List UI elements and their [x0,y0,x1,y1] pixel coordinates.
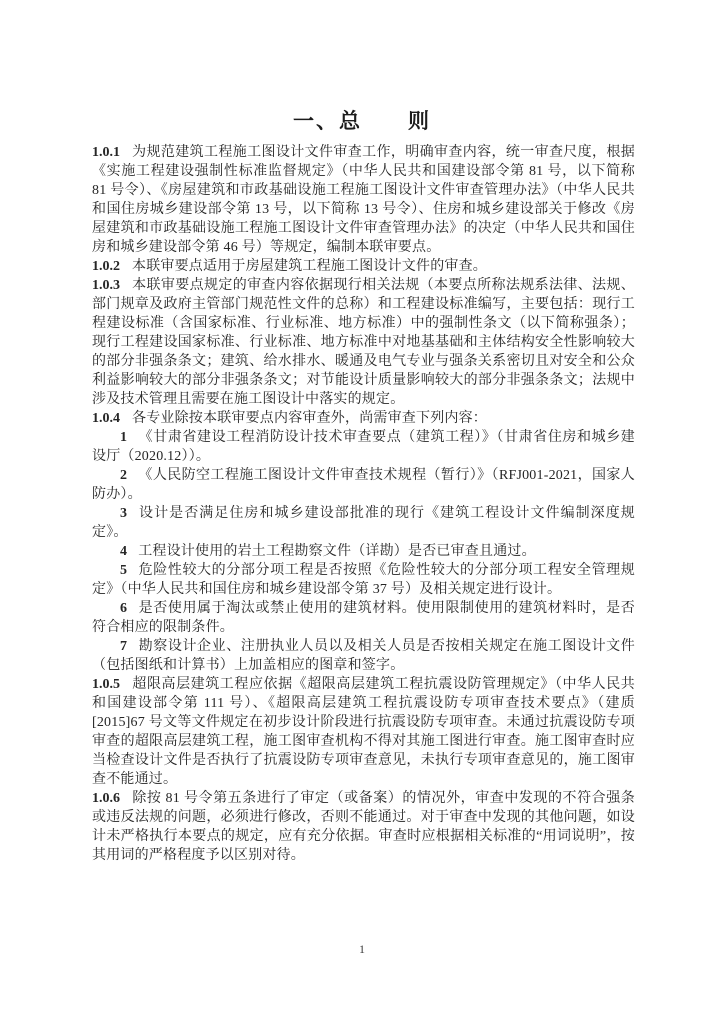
clause-1-0-4-item-7: 7勘察设计企业、注册执业人员以及相关人员是否按相关规定在施工图设计文件（包括图纸… [92,637,635,675]
clause-number: 1.0.5 [92,677,120,692]
item-number: 5 [120,563,127,578]
clause-text: 除按 81 号令第五条进行了审定（或备案）的情况外，审查中发现的不符合强条或违反… [92,791,635,863]
item-number: 1 [120,430,127,445]
clause-1-0-4-item-5: 5危险性较大的分部分项工程是否按照《危险性较大的分部分项工程安全管理规定》（中华… [92,561,635,599]
item-number: 7 [120,639,127,654]
clause-1-0-6: 1.0.6除按 81 号令第五条进行了审定（或备案）的情况外，审查中发现的不符合… [92,789,635,865]
clause-text: 各专业除按本联审要点内容审查外，尚需审查下列内容： [132,411,487,426]
clause-text: 本联审要点规定的审查内容依据现行相关法规（本要点所称法规系法律、法规、部门规章及… [92,278,635,407]
clause-1-0-3: 1.0.3本联审要点规定的审查内容依据现行相关法规（本要点所称法规系法律、法规、… [92,276,635,409]
clause-1-0-4-item-1: 1《甘肃省建设工程消防设计技术审查要点（建筑工程）》（甘肃省住房和城乡建设厅（2… [92,428,635,466]
clause-text: 超限高层建筑工程应依据《超限高层建筑工程抗震设防管理规定》（中华人民共和国建设部… [92,677,635,787]
item-number: 6 [120,601,127,616]
clause-1-0-1: 1.0.1为规范建筑工程施工图设计文件审查工作，明确审查内容，统一审查尺度，根据… [92,143,635,257]
clause-1-0-2: 1.0.2本联审要点适用于房屋建筑工程施工图设计文件的审查。 [92,257,635,276]
item-number: 2 [120,468,127,483]
clause-number: 1.0.2 [92,259,120,274]
item-text: 设计是否满足住房和城乡建设部批准的现行《建筑工程设计文件编制深度规定》。 [92,506,635,540]
clause-1-0-4: 1.0.4各专业除按本联审要点内容审查外，尚需审查下列内容： [92,409,635,428]
clause-1-0-4-item-4: 4工程设计使用的岩土工程勘察文件（详勘）是否已审查且通过。 [92,542,635,561]
clause-text: 本联审要点适用于房屋建筑工程施工图设计文件的审查。 [132,259,487,274]
item-text: 危险性较大的分部分项工程是否按照《危险性较大的分部分项工程安全管理规定》（中华人… [92,563,635,597]
document-page: 一、总 则 1.0.1为规范建筑工程施工图设计文件审查工作，明确审查内容，统一审… [0,0,724,1024]
page-number: 1 [359,942,365,956]
clause-number: 1.0.6 [92,791,120,806]
clause-number: 1.0.4 [92,411,120,426]
clause-text: 为规范建筑工程施工图设计文件审查工作，明确审查内容，统一审查尺度，根据《实施工程… [92,145,635,255]
page-footer: 1 [0,942,724,957]
item-text: 工程设计使用的岩土工程勘察文件（详勘）是否已审查且通过。 [138,544,536,559]
clause-1-0-5: 1.0.5超限高层建筑工程应依据《超限高层建筑工程抗震设防管理规定》（中华人民共… [92,675,635,789]
clause-1-0-4-item-6: 6是否使用属于淘汰或禁止使用的建筑材料。使用限制使用的建筑材料时，是否符合相应的… [92,599,635,637]
item-number: 4 [120,544,127,559]
clause-number: 1.0.1 [92,145,120,160]
item-text: 《人民防空工程施工图设计文件审查技术规程（暂行）》（RFJ001-2021，国家… [92,468,635,502]
item-text: 勘察设计企业、注册执业人员以及相关人员是否按相关规定在施工图设计文件（包括图纸和… [92,639,635,673]
item-text: 是否使用属于淘汰或禁止使用的建筑材料。使用限制使用的建筑材料时，是否符合相应的限… [92,601,635,635]
clause-1-0-4-item-2: 2《人民防空工程施工图设计文件审查技术规程（暂行）》（RFJ001-2021，国… [92,466,635,504]
clause-1-0-4-item-3: 3设计是否满足住房和城乡建设部批准的现行《建筑工程设计文件编制深度规定》。 [92,504,635,542]
item-text: 《甘肃省建设工程消防设计技术审查要点（建筑工程）》（甘肃省住房和城乡建设厅（20… [92,430,635,464]
item-number: 3 [120,506,127,521]
document-body: 1.0.1为规范建筑工程施工图设计文件审查工作，明确审查内容，统一审查尺度，根据… [92,143,635,865]
clause-number: 1.0.3 [92,278,120,293]
page-title: 一、总 则 [0,105,724,135]
